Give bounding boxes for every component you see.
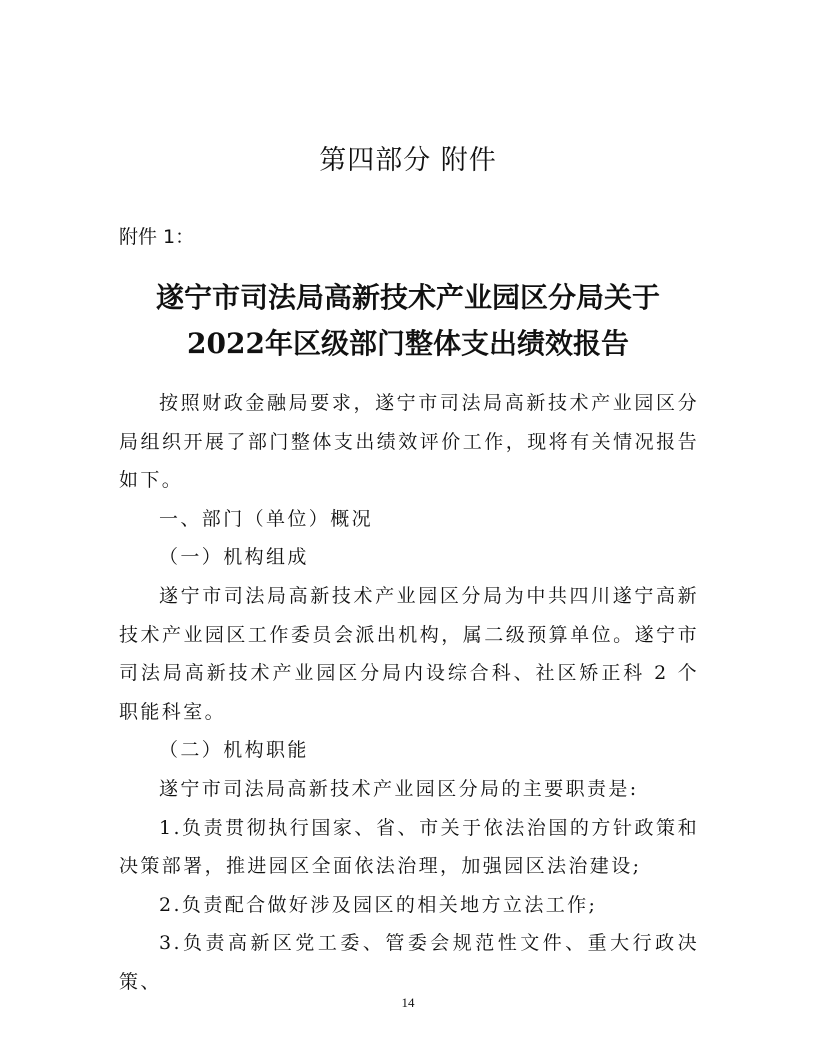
function-item-2: 2.负责配合做好涉及园区的相关地方立法工作;	[119, 886, 699, 925]
document-body: 按照财政金融局要求，遂宁市司法局高新技术产业园区分局组织开展了部门整体支出绩效评…	[119, 384, 699, 1002]
function-item-3: 3.负责高新区党工委、管委会规范性文件、重大行政决策、	[119, 924, 699, 1001]
section-heading-overview: 一、部门（单位）概况	[119, 500, 699, 539]
attachment-label: 附件 1：	[119, 222, 194, 249]
intro-paragraph: 按照财政金融局要求，遂宁市司法局高新技术产业园区分局组织开展了部门整体支出绩效评…	[119, 384, 699, 500]
composition-paragraph: 遂宁市司法局高新技术产业园区分局为中共四川遂宁高新技术产业园区工作委员会派出机构…	[119, 577, 699, 731]
functions-intro: 遂宁市司法局高新技术产业园区分局的主要职责是:	[119, 770, 699, 809]
document-page: 第四部分 附件 附件 1： 遂宁市司法局高新技术产业园区分局关于 2022年区级…	[0, 0, 816, 1056]
subsection-heading-functions: （二）机构职能	[119, 731, 699, 770]
function-item-1: 1.负责贯彻执行国家、省、市关于依法治国的方针政策和决策部署，推进园区全面依法治…	[119, 809, 699, 886]
part-title: 第四部分 附件	[0, 138, 816, 177]
subsection-heading-composition: （一）机构组成	[119, 538, 699, 577]
title-line-2: 2022年区级部门整体支出绩效报告	[0, 321, 816, 367]
document-title: 遂宁市司法局高新技术产业园区分局关于 2022年区级部门整体支出绩效报告	[0, 275, 816, 367]
page-number: 14	[0, 995, 816, 1011]
title-line-1: 遂宁市司法局高新技术产业园区分局关于	[0, 275, 816, 321]
